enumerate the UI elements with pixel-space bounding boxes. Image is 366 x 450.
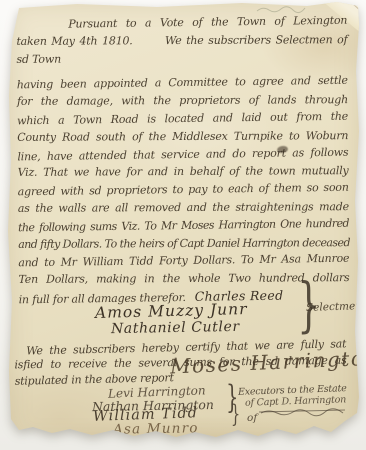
manuscript-paper-shadow: Pursuant to a Vote of the Town of Lexing… [7,1,360,444]
tidd-brace: } [231,403,240,425]
signature-nathaniel-cutler: Nathaniel Cutler [111,319,240,337]
selectmen-label: Selectmen [306,300,360,314]
executors-of-note: of [247,412,257,424]
photo-background: Pursuant to a Vote of the Town of Lexing… [0,0,366,450]
struck-out-text [259,407,347,417]
signature-asa-munro: Asa Munro [113,420,199,437]
manuscript-paper: Pursuant to a Vote of the Town of Lexing… [7,1,360,444]
manuscript-line: taken May 4th 1810. We the subscribers S… [16,31,347,68]
